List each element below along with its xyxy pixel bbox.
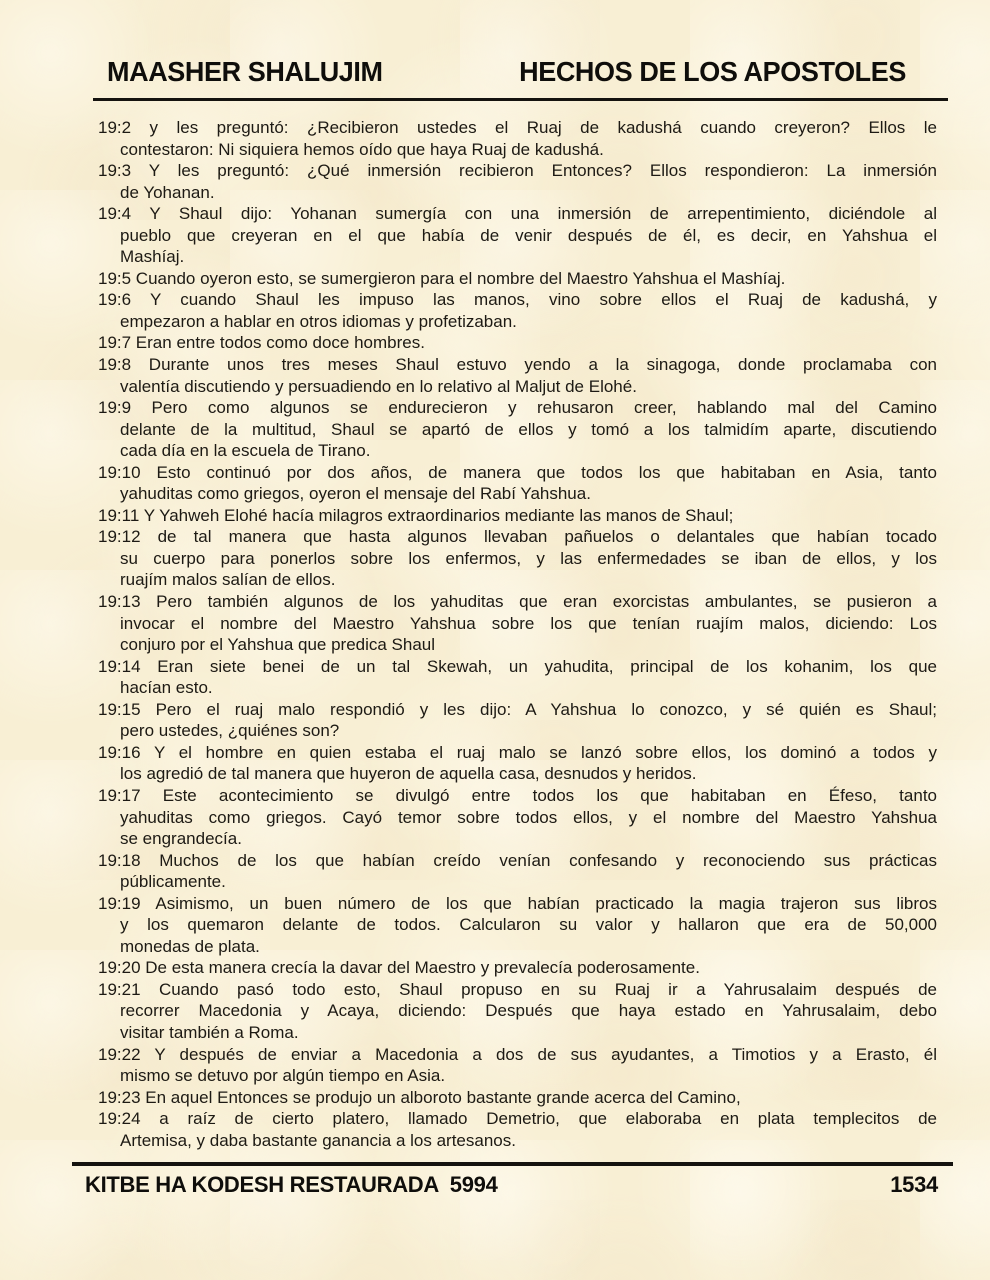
verse: 19:15 Pero el ruaj malo respondió y les … [98,699,937,742]
verse-line: 19:8 Durante unos tres meses Shaul estuv… [98,354,937,376]
verse: 19:24 a raíz de cierto platero, llamado … [98,1108,937,1151]
verse-line: valentía discutiendo y persuadiendo en l… [98,376,937,398]
verse-line: 19:6 Y cuando Shaul les impuso las manos… [98,289,937,311]
verse-line: 19:23 En aquel Entonces se produjo un al… [98,1087,937,1109]
verse: 19:11 Y Yahweh Elohé hacía milagros extr… [98,505,937,527]
verse: 19:22 Y después de enviar a Macedonia a … [98,1044,937,1087]
verse-line: hacían esto. [98,677,937,699]
verse-list: 19:2 y les preguntó: ¿Recibieron ustedes… [98,117,937,1151]
verse: 19:6 Y cuando Shaul les impuso las manos… [98,289,937,332]
verse: 19:5 Cuando oyeron esto, se sumergieron … [98,268,937,290]
verse-line: empezaron a hablar en otros idiomas y pr… [98,311,937,333]
verse-line: y los quemaron delante de todos. Calcula… [98,914,937,936]
verse: 19:4 Y Shaul dijo: Yohanan sumergía con … [98,203,937,268]
verse-line: 19:22 Y después de enviar a Macedonia a … [98,1044,937,1066]
verse-line: invocar el nombre del Maestro Yahshua so… [98,613,937,635]
verse-line: 19:21 Cuando pasó todo esto, Shaul propu… [98,979,937,1001]
verse-line: 19:14 Eran siete benei de un tal Skewah,… [98,656,937,678]
verse-line: visitar también a Roma. [98,1022,937,1044]
verse-line: 19:17 Este acontecimiento se divulgó ent… [98,785,937,807]
verse-line: 19:4 Y Shaul dijo: Yohanan sumergía con … [98,203,937,225]
verse: 19:10 Esto continuó por dos años, de man… [98,462,937,505]
verse: 19:16 Y el hombre en quien estaba el rua… [98,742,937,785]
verse-line: recorrer Macedonia y Acaya, diciendo: De… [98,1000,937,1022]
verse-line: conjuro por el Yahshua que predica Shaul [98,634,937,656]
verse: 19:19 Asimismo, un buen número de los qu… [98,893,937,958]
verse: 19:12 de tal manera que hasta algunos ll… [98,526,937,591]
verse-line: 19:12 de tal manera que hasta algunos ll… [98,526,937,548]
verse-line: 19:13 Pero también algunos de los yahudi… [98,591,937,613]
verse-line: pero ustedes, ¿quiénes son? [98,720,937,742]
verse-line: 19:16 Y el hombre en quien estaba el rua… [98,742,937,764]
verse-line: su cuerpo para ponerlos sobre los enferm… [98,548,937,570]
footer-rule-divider [72,1162,953,1166]
verse: 19:9 Pero como algunos se endurecieron y… [98,397,937,462]
verse-line: 19:3 Y les preguntó: ¿Qué inmersión reci… [98,160,937,182]
verse-line: se engrandecía. [98,828,937,850]
verse-line: 19:18 Muchos de los que habían creído ve… [98,850,937,872]
footer-page-number: 1534 [890,1172,938,1198]
verse-line: 19:20 De esta manera crecía la davar del… [98,957,937,979]
verse-line: cada día en la escuela de Tirano. [98,440,937,462]
header-title-left: MAASHER SHALUJIM [107,56,383,88]
verse-line: Artemisa, y daba bastante ganancia a los… [98,1130,937,1152]
verse: 19:3 Y les preguntó: ¿Qué inmersión reci… [98,160,937,203]
verse-line: delante de la multitud, Shaul se apartó … [98,419,937,441]
verse-line: 19:19 Asimismo, un buen número de los qu… [98,893,937,915]
verse-line: los agredió de tal manera que huyeron de… [98,763,937,785]
verse-line: 19:5 Cuando oyeron esto, se sumergieron … [98,268,937,290]
verse-line: Mashíaj. [98,246,937,268]
verse-line: yahuditas como griegos. Cayó temor sobre… [98,807,937,829]
verse-line: yahuditas como griegos, oyeron el mensaj… [98,483,937,505]
verse: 19:7 Eran entre todos como doce hombres. [98,332,937,354]
header-rule-divider [93,98,948,101]
verse-line: públicamente. [98,871,937,893]
verse-line: 19:11 Y Yahweh Elohé hacía milagros extr… [98,505,937,527]
verse-line: 19:2 y les preguntó: ¿Recibieron ustedes… [98,117,937,139]
verse-line: 19:9 Pero como algunos se endurecieron y… [98,397,937,419]
verse-line: 19:15 Pero el ruaj malo respondió y les … [98,699,937,721]
verse: 19:14 Eran siete benei de un tal Skewah,… [98,656,937,699]
verse: 19:21 Cuando pasó todo esto, Shaul propu… [98,979,937,1044]
verse-line: de Yohanan. [98,182,937,204]
header-title-right: HECHOS DE LOS APOSTOLES [519,56,906,88]
verse: 19:13 Pero también algunos de los yahudi… [98,591,937,656]
verse: 19:17 Este acontecimiento se divulgó ent… [98,785,937,850]
verse-line: 19:24 a raíz de cierto platero, llamado … [98,1108,937,1130]
scripture-page: MAASHER SHALUJIM HECHOS DE LOS APOSTOLES… [0,0,990,1280]
verse-line: pueblo que creyeran en el que había de v… [98,225,937,247]
verse-line: ruajím malos salían de ellos. [98,569,937,591]
verse: 19:8 Durante unos tres meses Shaul estuv… [98,354,937,397]
verse-line: 19:7 Eran entre todos como doce hombres. [98,332,937,354]
footer-edition-label: KITBE HA KODESH RESTAURADA 5994 [85,1172,498,1198]
verse-line: mismo se detuvo por algún tiempo en Asia… [98,1065,937,1087]
verse: 19:20 De esta manera crecía la davar del… [98,957,937,979]
verse-line: 19:10 Esto continuó por dos años, de man… [98,462,937,484]
verse: 19:2 y les preguntó: ¿Recibieron ustedes… [98,117,937,160]
page-footer: KITBE HA KODESH RESTAURADA 5994 1534 [72,1172,948,1198]
verse-line: monedas de plata. [98,936,937,958]
verse: 19:23 En aquel Entonces se produjo un al… [98,1087,937,1109]
verse-line: contestaron: Ni siquiera hemos oído que … [98,139,937,161]
verse: 19:18 Muchos de los que habían creído ve… [98,850,937,893]
page-header: MAASHER SHALUJIM HECHOS DE LOS APOSTOLES [93,56,950,88]
